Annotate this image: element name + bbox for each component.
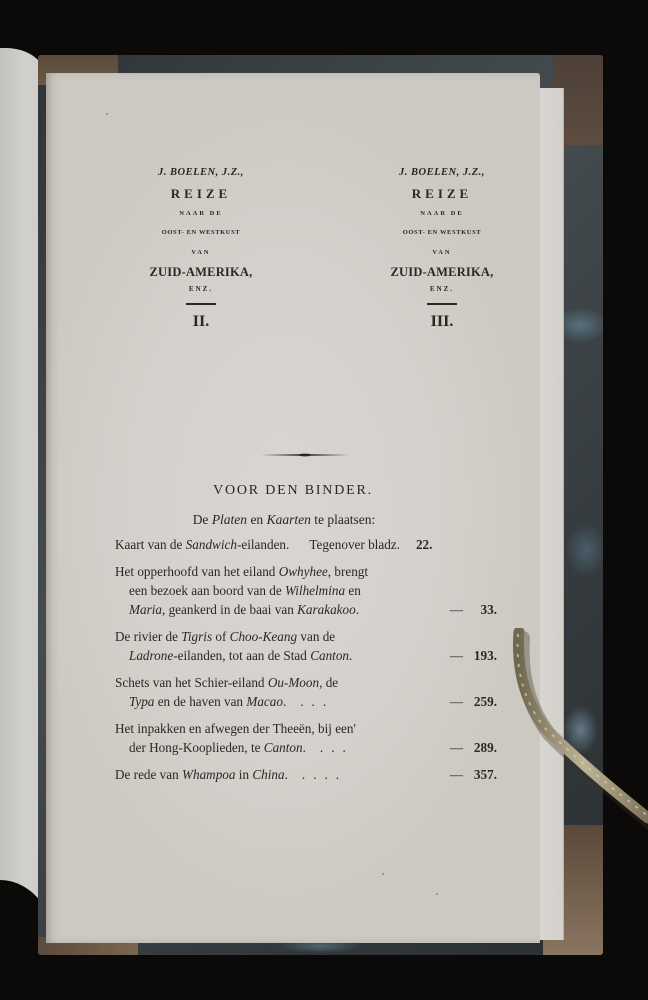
plate-entry: De rivier de Tigris of Choo-Keang van de…	[115, 627, 497, 665]
text: .	[283, 694, 286, 709]
dot-leaders: ...	[300, 694, 334, 709]
brass-bookmark-hook	[505, 628, 648, 838]
enz-line: ENZ.	[121, 285, 281, 293]
plate-text: Kaart van de Sandwich-eilanden.Tegenover…	[115, 535, 497, 554]
italic-text: Choo-Keang	[230, 629, 297, 644]
title-label-volume-3: J. BOELEN, J.Z., REIZE NAAR DE OOST- EN …	[362, 167, 522, 331]
text: Het inpakken en afwegen der Theeën, bij …	[115, 721, 356, 736]
dash: —	[450, 692, 463, 711]
title-line: REIZE	[362, 186, 522, 202]
plate-line: een bezoek aan boord van de Wilhelmina e…	[115, 581, 425, 600]
van-line: VAN	[362, 249, 522, 256]
italic-text: Karakakoo	[297, 602, 356, 617]
plates-list: Kaart van de Sandwich-eilanden.Tegenover…	[115, 535, 497, 792]
plate-text: De rede van Whampoa in China.....	[115, 765, 497, 784]
text: .	[303, 740, 306, 755]
coast-line: OOST- EN WESTKUST	[362, 229, 522, 236]
text: van de	[297, 629, 335, 644]
dot-leaders: ....	[302, 767, 347, 782]
binder-instruction-page: J. BOELEN, J.Z., REIZE NAAR DE OOST- EN …	[46, 73, 540, 943]
text: , geankerd in de baai van	[162, 602, 297, 617]
text: der Hong-Kooplieden, te	[129, 740, 264, 755]
plate-entry: De rede van Whampoa in China..... — 357.	[115, 765, 497, 784]
italic-text: Sandwich	[186, 537, 237, 552]
plate-text: Het inpakken en afwegen der Theeën, bij …	[115, 719, 497, 757]
sub-text: te plaatsen:	[314, 512, 375, 527]
enz-line: ENZ.	[362, 285, 522, 293]
sub-italic: Platen	[212, 512, 247, 527]
page-number: 289.	[474, 738, 497, 757]
text: en de haven van	[154, 694, 246, 709]
plate-line: der Hong-Kooplieden, te Canton....	[115, 738, 425, 757]
plate-line: Het opperhoofd van het eiland Owhyhee, b…	[115, 562, 425, 581]
plate-line: Schets van het Schier-eiland Ou-Moon, de	[115, 673, 425, 692]
plate-line: De rivier de Tigris of Choo-Keang van de	[115, 627, 425, 646]
italic-text: Canton	[264, 740, 303, 755]
paper-speck	[382, 873, 384, 875]
text: -eilanden, tot aan de Stad	[173, 648, 310, 663]
plate-text: De rivier de Tigris of Choo-Keang van de…	[115, 627, 497, 665]
section-heading: VOOR DEN BINDER.	[46, 483, 540, 499]
plate-line: Kaart van de Sandwich-eilanden.Tegenover…	[115, 535, 497, 554]
italic-text: Tigris	[181, 629, 212, 644]
italic-text: Canton	[310, 648, 349, 663]
plate-line: Ladrone-eilanden, tot aan de Stad Canton…	[115, 646, 425, 665]
text: Het opperhoofd van het eiland	[115, 564, 279, 579]
country-line: ZUID-AMERIKA,	[362, 265, 522, 280]
text: .	[356, 602, 359, 617]
text: , brengt	[328, 564, 368, 579]
text: , de	[319, 675, 338, 690]
dash: —	[450, 738, 463, 757]
text: .	[285, 767, 288, 782]
text: Schets van het Schier-eiland	[115, 675, 268, 690]
dot-leaders: ...	[320, 740, 354, 755]
plate-text: Schets van het Schier-eiland Ou-Moon, de…	[115, 673, 497, 711]
italic-text: Ou-Moon	[268, 675, 319, 690]
text: in	[235, 767, 252, 782]
plate-entry: Schets van het Schier-eiland Ou-Moon, de…	[115, 673, 497, 711]
divider-rule	[427, 303, 457, 305]
section-subheading: De Platen en Kaarten te plaatsen:	[46, 512, 522, 528]
plate-line: De rede van Whampoa in China.....	[115, 765, 425, 784]
italic-text: Owhyhee	[279, 564, 328, 579]
sub-text: en	[250, 512, 263, 527]
author-line: J. BOELEN, J.Z.,	[362, 167, 522, 178]
dash: —	[450, 600, 463, 619]
text: een bezoek aan boord van de	[129, 583, 285, 598]
coast-line: OOST- EN WESTKUST	[121, 229, 281, 236]
author-line: J. BOELEN, J.Z.,	[121, 167, 281, 178]
title-label-volume-2: J. BOELEN, J.Z., REIZE NAAR DE OOST- EN …	[121, 167, 281, 331]
text: -eilanden.	[237, 537, 289, 552]
dash: —	[450, 646, 463, 665]
volume-number: II.	[121, 313, 281, 331]
page-number: 357.	[474, 765, 497, 784]
italic-text: Typa	[129, 694, 154, 709]
van-line: VAN	[121, 249, 281, 256]
italic-text: Ladrone	[129, 648, 173, 663]
italic-text: Whampoa	[182, 767, 235, 782]
tegenover-label: Tegenover bladz.	[309, 537, 400, 552]
page-number: 193.	[474, 646, 497, 665]
plate-line: Maria, geankerd in de baai van Karakakoo…	[115, 600, 425, 619]
plate-line: Het inpakken en afwegen der Theeën, bij …	[115, 719, 425, 738]
dash: —	[450, 765, 463, 784]
naar-line: NAAR DE	[362, 210, 522, 217]
divider-rule	[186, 303, 216, 305]
text: en	[345, 583, 361, 598]
country-line: ZUID-AMERIKA,	[121, 265, 281, 280]
page-number: 259.	[474, 692, 497, 711]
plate-line: Typa en de haven van Macao....	[115, 692, 425, 711]
italic-text: Wilhelmina	[285, 583, 345, 598]
plate-text: Het opperhoofd van het eiland Owhyhee, b…	[115, 562, 497, 619]
text: De rede van	[115, 767, 182, 782]
volume-number: III.	[362, 313, 522, 331]
plate-entry: Kaart van de Sandwich-eilanden.Tegenover…	[115, 535, 497, 554]
paper-speck	[436, 893, 438, 895]
text: De rivier de	[115, 629, 181, 644]
sub-italic: Kaarten	[267, 512, 311, 527]
italic-text: China	[252, 767, 284, 782]
sub-text: De	[193, 512, 209, 527]
ornamental-rule	[261, 453, 349, 457]
title-line: REIZE	[121, 186, 281, 202]
text: of	[212, 629, 230, 644]
italic-text: Maria	[129, 602, 162, 617]
plate-entry: Het opperhoofd van het eiland Owhyhee, b…	[115, 562, 497, 619]
italic-text: Macao	[246, 694, 283, 709]
text: Kaart van de	[115, 537, 186, 552]
naar-line: NAAR DE	[121, 210, 281, 217]
paper-speck	[106, 113, 108, 115]
page-number: 33.	[481, 600, 497, 619]
page-number: 22.	[416, 537, 432, 552]
text: .	[349, 648, 352, 663]
plate-entry: Het inpakken en afwegen der Theeën, bij …	[115, 719, 497, 757]
